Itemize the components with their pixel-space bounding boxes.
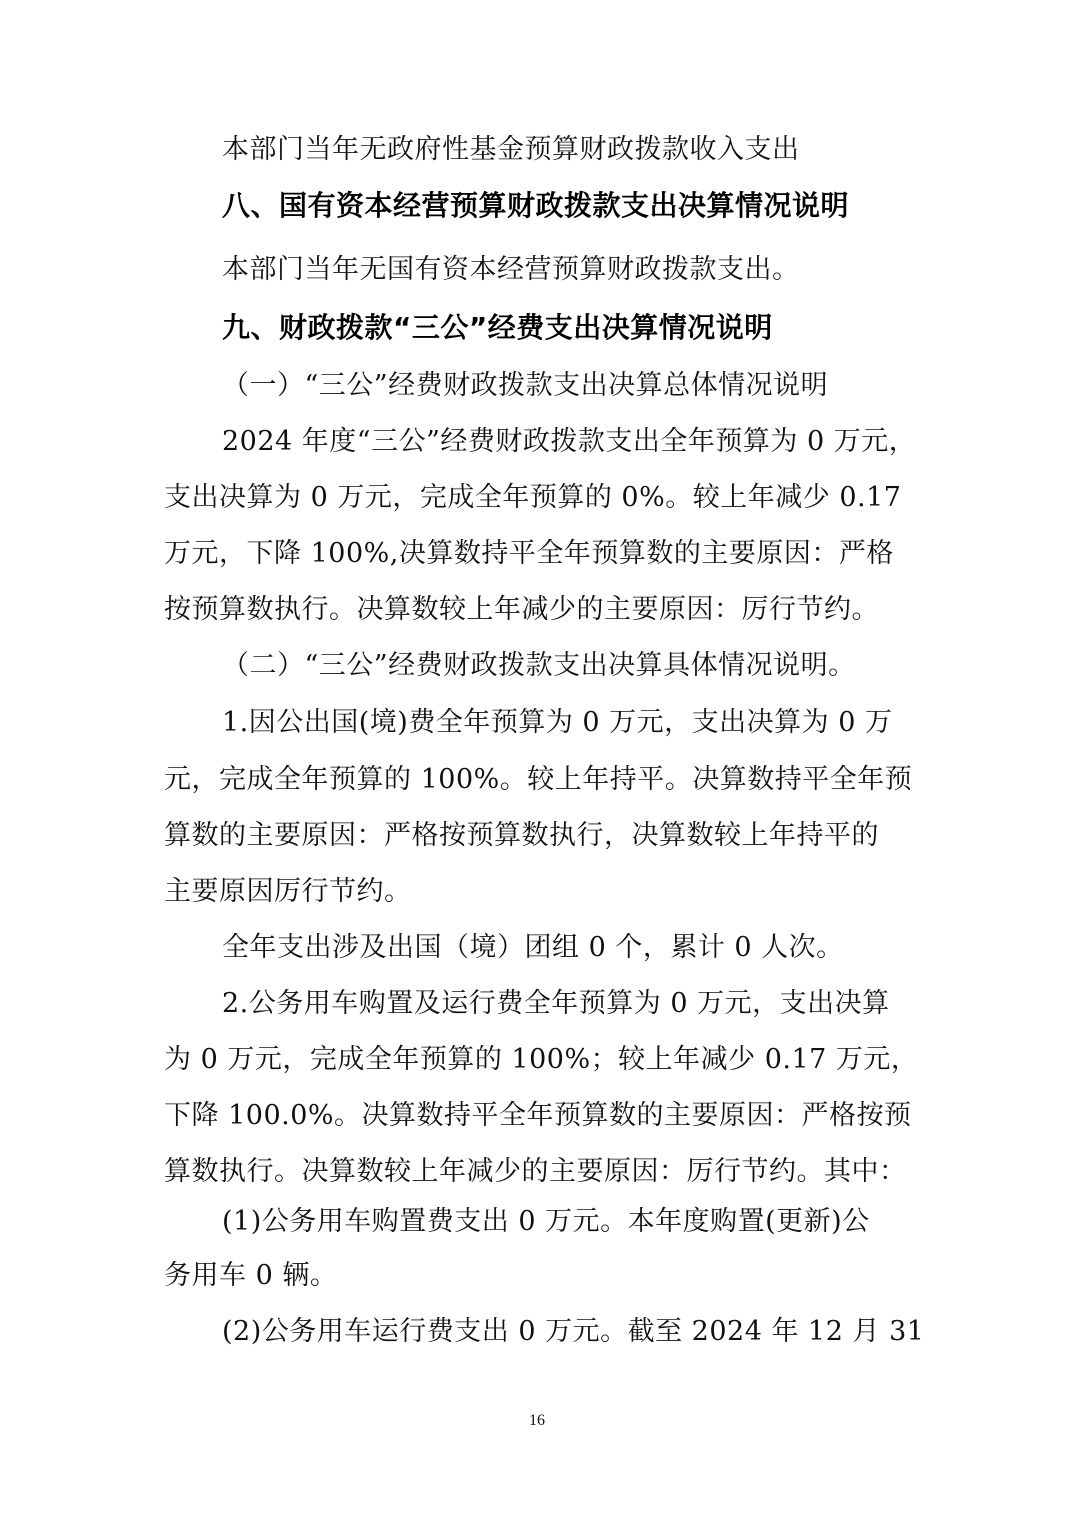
section-heading-9: 九、财政拨款“三公”经费支出决算情况说明 xyxy=(222,310,773,346)
paragraph-line: 全年支出涉及出国（境）团组 0 个，累计 0 人次。 xyxy=(222,930,844,966)
paragraph-line: 主要原因厉行节约。 xyxy=(164,874,412,910)
paragraph-line: 算数执行。决算数较上年减少的主要原因：厉行节约。其中： xyxy=(164,1154,907,1190)
paragraph-line: 2.公务用车购置及运行费全年预算为 0 万元，支出决算 xyxy=(222,986,890,1022)
paragraph-line: 元，完成全年预算的 100%。较上年持平。决算数持平全年预 xyxy=(164,762,912,798)
page-number: 16 xyxy=(0,1412,1074,1430)
paragraph-line: 万元，下降 100%,决算数持平全年预算数的主要原因：严格 xyxy=(164,536,894,572)
subsection-heading-2: （二）“三公”经费财政拨款支出决算具体情况说明。 xyxy=(222,648,856,684)
paragraph-line: 2024 年度“三公”经费财政拨款支出全年预算为 0 万元， xyxy=(222,424,916,460)
paragraph-line: (2)公务用车运行费支出 0 万元。截至 2024 年 12 月 31 xyxy=(222,1314,924,1350)
paragraph-line: 本部门当年无政府性基金预算财政拨款收入支出 xyxy=(222,132,800,168)
paragraph-line: 务用车 0 辆。 xyxy=(164,1258,337,1294)
paragraph-line: 下降 100.0%。决算数持平全年预算数的主要原因：严格按预 xyxy=(164,1098,912,1134)
paragraph-line: 支出决算为 0 万元，完成全年预算的 0%。较上年减少 0.17 xyxy=(164,480,901,516)
paragraph-line: 1.因公出国(境)费全年预算为 0 万元，支出决算为 0 万 xyxy=(222,705,893,741)
paragraph-line: 本部门当年无国有资本经营预算财政拨款支出。 xyxy=(222,252,800,288)
subsection-heading-1: （一）“三公”经费财政拨款支出决算总体情况说明 xyxy=(222,368,828,404)
paragraph-line: 算数的主要原因：严格按预算数执行，决算数较上年持平的 xyxy=(164,818,879,854)
paragraph-line: (1)公务用车购置费支出 0 万元。本年度购置(更新)公 xyxy=(222,1204,870,1240)
section-heading-8: 八、国有资本经营预算财政拨款支出决算情况说明 xyxy=(222,188,849,224)
paragraph-line: 按预算数执行。决算数较上年减少的主要原因：厉行节约。 xyxy=(164,592,879,628)
paragraph-line: 为 0 万元，完成全年预算的 100%；较上年减少 0.17 万元， xyxy=(164,1042,918,1078)
